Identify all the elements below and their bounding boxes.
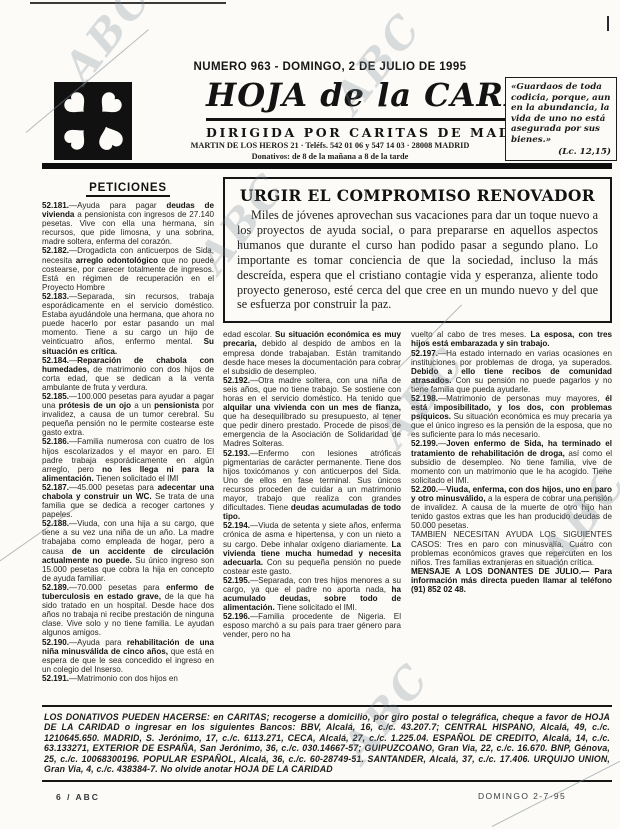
- petition-item: 52.191.—Matrimonio con dos hijos en: [42, 674, 214, 683]
- peticiones-heading-label: PETICIONES: [86, 182, 170, 197]
- caritas-logo: [54, 82, 132, 160]
- petition-item: 52.197.—Ha estado internado en varias oc…: [411, 349, 612, 394]
- petition-item: 52.198.—Matrimonio de personas muy mayor…: [411, 394, 612, 439]
- urgir-body: Miles de jóvenes aprovechan sus vacacion…: [237, 208, 598, 312]
- petition-item: 52.190.—Ayuda para rehabilitación de una…: [42, 638, 214, 674]
- petition-item: 52.181.—Ayuda para pagar deudas de vivie…: [42, 201, 214, 246]
- scripture-quote-text: «Guardaos de toda codicia, porque, aun e…: [511, 82, 611, 146]
- urgir-box: URGIR EL COMPROMISO RENOVADOR Miles de j…: [223, 177, 612, 323]
- donation-hours-line: Donativos: de 8 de la mañana a 8 de la t…: [140, 152, 520, 161]
- abc-watermark: ABC: [54, 0, 161, 91]
- petition-item: 52.183.—Separada, sin recursos, trabaja …: [42, 292, 214, 356]
- donations-notice: LOS DONATIVOS PUEDEN HACERSE: en CARITAS…: [42, 705, 612, 782]
- petition-item: 52.199.—Joven enfermo de Sida, ha termin…: [411, 439, 612, 484]
- petition-item: TAMBIEN NECESITAN AYUDA LOS SIGUIENTES C…: [411, 530, 612, 566]
- right-area: URGIR EL COMPROMISO RENOVADOR Miles de j…: [223, 177, 612, 704]
- petitions-column-3: vuelto al cabo de tres meses. La esposa,…: [411, 330, 612, 704]
- lower-columns: edad escolar. Su situación económica es …: [223, 330, 612, 704]
- petitions-column-1: PETICIONES 52.181.—Ayuda para pagar deud…: [42, 177, 214, 704]
- petitions-list-1: 52.181.—Ayuda para pagar deudas de vivie…: [42, 201, 214, 683]
- page-title: HOJA de la CARIDAD: [206, 76, 508, 121]
- petition-item: edad escolar. Su situación económica es …: [223, 330, 401, 375]
- newspaper-page: ABC ABC ABC ABC ABC ABC NUMERO 963 - DOM…: [0, 0, 620, 829]
- address-line: MARTIN DE LOS HEROS 21 · Teléfs. 542 01 …: [140, 141, 520, 150]
- urgir-title: URGIR EL COMPROMISO RENOVADOR: [237, 186, 598, 205]
- petition-item: 52.189.—70.000 pesetas para enfermo de t…: [42, 583, 214, 638]
- petition-item: 52.200.—Viuda, enferma, con dos hijos, u…: [411, 485, 612, 530]
- scripture-quote-ref: (Lc. 12,15): [511, 147, 611, 158]
- scripture-quote-box: «Guardaos de toda codicia, porque, aun e…: [505, 77, 617, 161]
- petition-item: 52.186.—Familia numerosa con cuatro de l…: [42, 437, 214, 482]
- petitions-body: PETICIONES 52.181.—Ayuda para pagar deud…: [42, 177, 612, 704]
- petition-item: 52.194.—Viuda de setenta y siete años, e…: [223, 521, 401, 576]
- scan-tick-mark: [607, 16, 609, 31]
- petition-item: vuelto al cabo de tres meses. La esposa,…: [411, 330, 612, 348]
- petition-item: 52.196.—Familia procedente de Nigeria. E…: [223, 612, 401, 639]
- petition-item: 52.195.—Separada, con tres hijos menores…: [223, 576, 401, 612]
- header-divider-bar: [42, 163, 612, 169]
- issue-date-line: NUMERO 963 - DOMINGO, 2 DE JULIO DE 1995: [140, 61, 520, 73]
- petition-item: 52.182.—Drogadicta con anticuerpos de Si…: [42, 246, 214, 291]
- scan-border-line: [30, 2, 226, 4]
- peticiones-heading: PETICIONES: [42, 178, 214, 196]
- petition-item: 52.193.—Enfermo con lesiones atróficas p…: [223, 449, 401, 522]
- petition-item: 52.192.—Otra madre soltera, con una niña…: [223, 376, 401, 449]
- masthead-subtitle: DIRIGIDA POR CARITAS DE MADRID: [206, 125, 508, 140]
- masthead: HOJA de la CARIDAD DIRIGIDA POR CARITAS …: [206, 76, 508, 140]
- petition-item: 52.184.—Reparación de chabola con humeda…: [42, 356, 214, 392]
- petitions-column-2: edad escolar. Su situación económica es …: [223, 330, 401, 704]
- footer-page-number: 6 / ABC: [56, 792, 100, 802]
- petition-item: 52.188.—Viuda, con una hija a su cargo, …: [42, 519, 214, 583]
- petition-item: 52.185.—100.000 pesetas para ayudar a pa…: [42, 392, 214, 437]
- petition-item: MENSAJE A LOS DONANTES DE JULIO.— Para i…: [411, 567, 612, 594]
